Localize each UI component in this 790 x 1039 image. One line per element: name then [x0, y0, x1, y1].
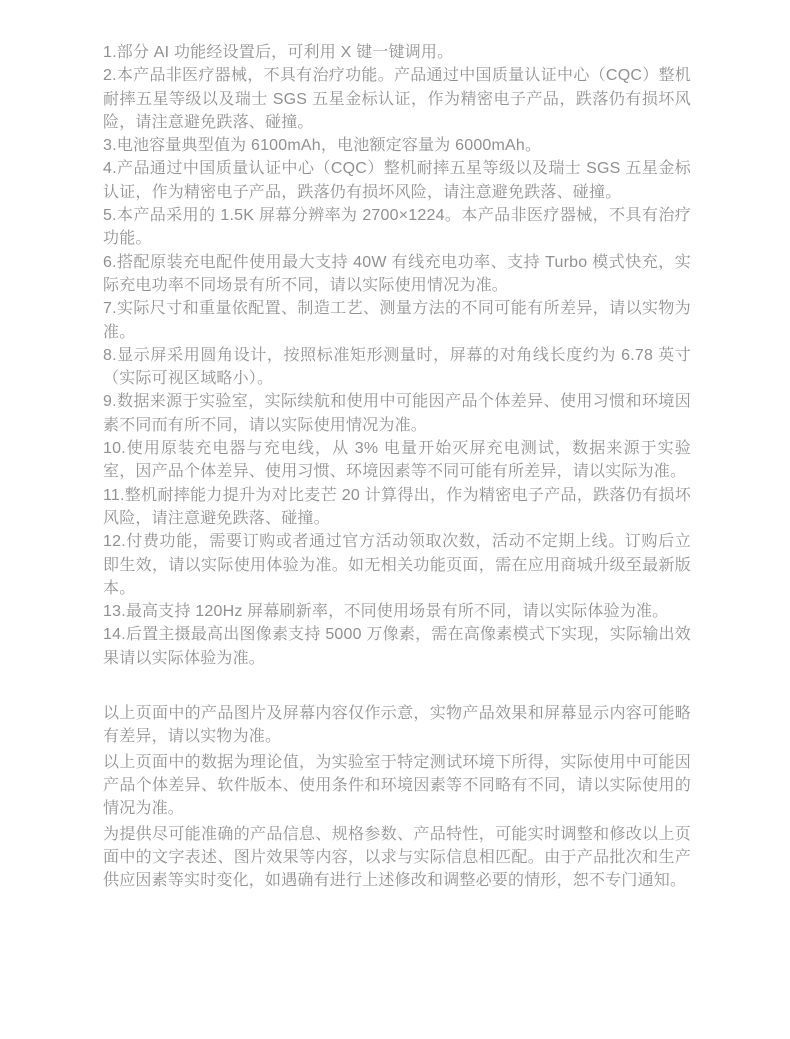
note-item-9: 9.数据来源于实验室，实际续航和使用中可能因产品个体差异、使用习惯和环境因素不同… — [103, 390, 691, 437]
note-item-4: 4.产品通过中国质量认证中心（CQC）整机耐摔五星等级以及瑞士 SGS 五星金标… — [103, 157, 691, 204]
note-item-2: 2.本产品非医疗器械，不具有治疗功能。产品通过中国质量认证中心（CQC）整机耐摔… — [103, 64, 691, 134]
note-item-1: 1.部分 AI 功能经设置后，可利用 X 键一键调用。 — [103, 41, 691, 64]
note-item-12: 12.付费功能，需要订购或者通过官方活动领取次数，活动不定期上线。订购后立即生效… — [103, 530, 691, 600]
numbered-notes-list: 1.部分 AI 功能经设置后，可利用 X 键一键调用。 2.本产品非医疗器械，不… — [103, 41, 691, 670]
note-item-3: 3.电池容量典型值为 6100mAh，电池额定容量为 6000mAh。 — [103, 134, 691, 157]
disclaimer-paragraph-2: 以上页面中的数据为理论值，为实验室于特定测试环境下所得，实际使用中可能因产品个体… — [103, 751, 691, 821]
footnotes-content: 1.部分 AI 功能经设置后，可利用 X 键一键调用。 2.本产品非医疗器械，不… — [103, 41, 691, 892]
note-item-11: 11.整机耐摔能力提升为对比麦芒 20 计算得出，作为精密电子产品，跌落仍有损坏… — [103, 484, 691, 531]
note-item-6: 6.搭配原装充电配件使用最大支持 40W 有线充电功率、支持 Turbo 模式快… — [103, 251, 691, 298]
note-item-14: 14.后置主摄最高出图像素支持 5000 万像素，需在高像素模式下实现，实际输出… — [103, 623, 691, 670]
disclaimer-paragraph-1: 以上页面中的产品图片及屏幕内容仅作示意，实物产品效果和屏幕显示内容可能略有差异，… — [103, 702, 691, 749]
general-disclaimers: 以上页面中的产品图片及屏幕内容仅作示意，实物产品效果和屏幕显示内容可能略有差异，… — [103, 702, 691, 892]
disclaimer-page: { "colors": { "background": "#ffffff", "… — [0, 0, 790, 1039]
disclaimer-paragraph-3: 为提供尽可能准确的产品信息、规格参数、产品特性，可能实时调整和修改以上页面中的文… — [103, 823, 691, 893]
note-item-5: 5.本产品采用的 1.5K 屏幕分辨率为 2700×1224。本产品非医疗器械，… — [103, 204, 691, 251]
note-item-10: 10.使用原装充电器与充电线，从 3% 电量开始灭屏充电测试，数据来源于实验室，… — [103, 437, 691, 484]
note-item-7: 7.实际尺寸和重量依配置、制造工艺、测量方法的不同可能有所差异，请以实物为准。 — [103, 297, 691, 344]
note-item-8: 8.显示屏采用圆角设计，按照标准矩形测量时，屏幕的对角线长度约为 6.78 英寸… — [103, 344, 691, 391]
note-item-13: 13.最高支持 120Hz 屏幕刷新率，不同使用场景有所不同，请以实际体验为准。 — [103, 600, 691, 623]
